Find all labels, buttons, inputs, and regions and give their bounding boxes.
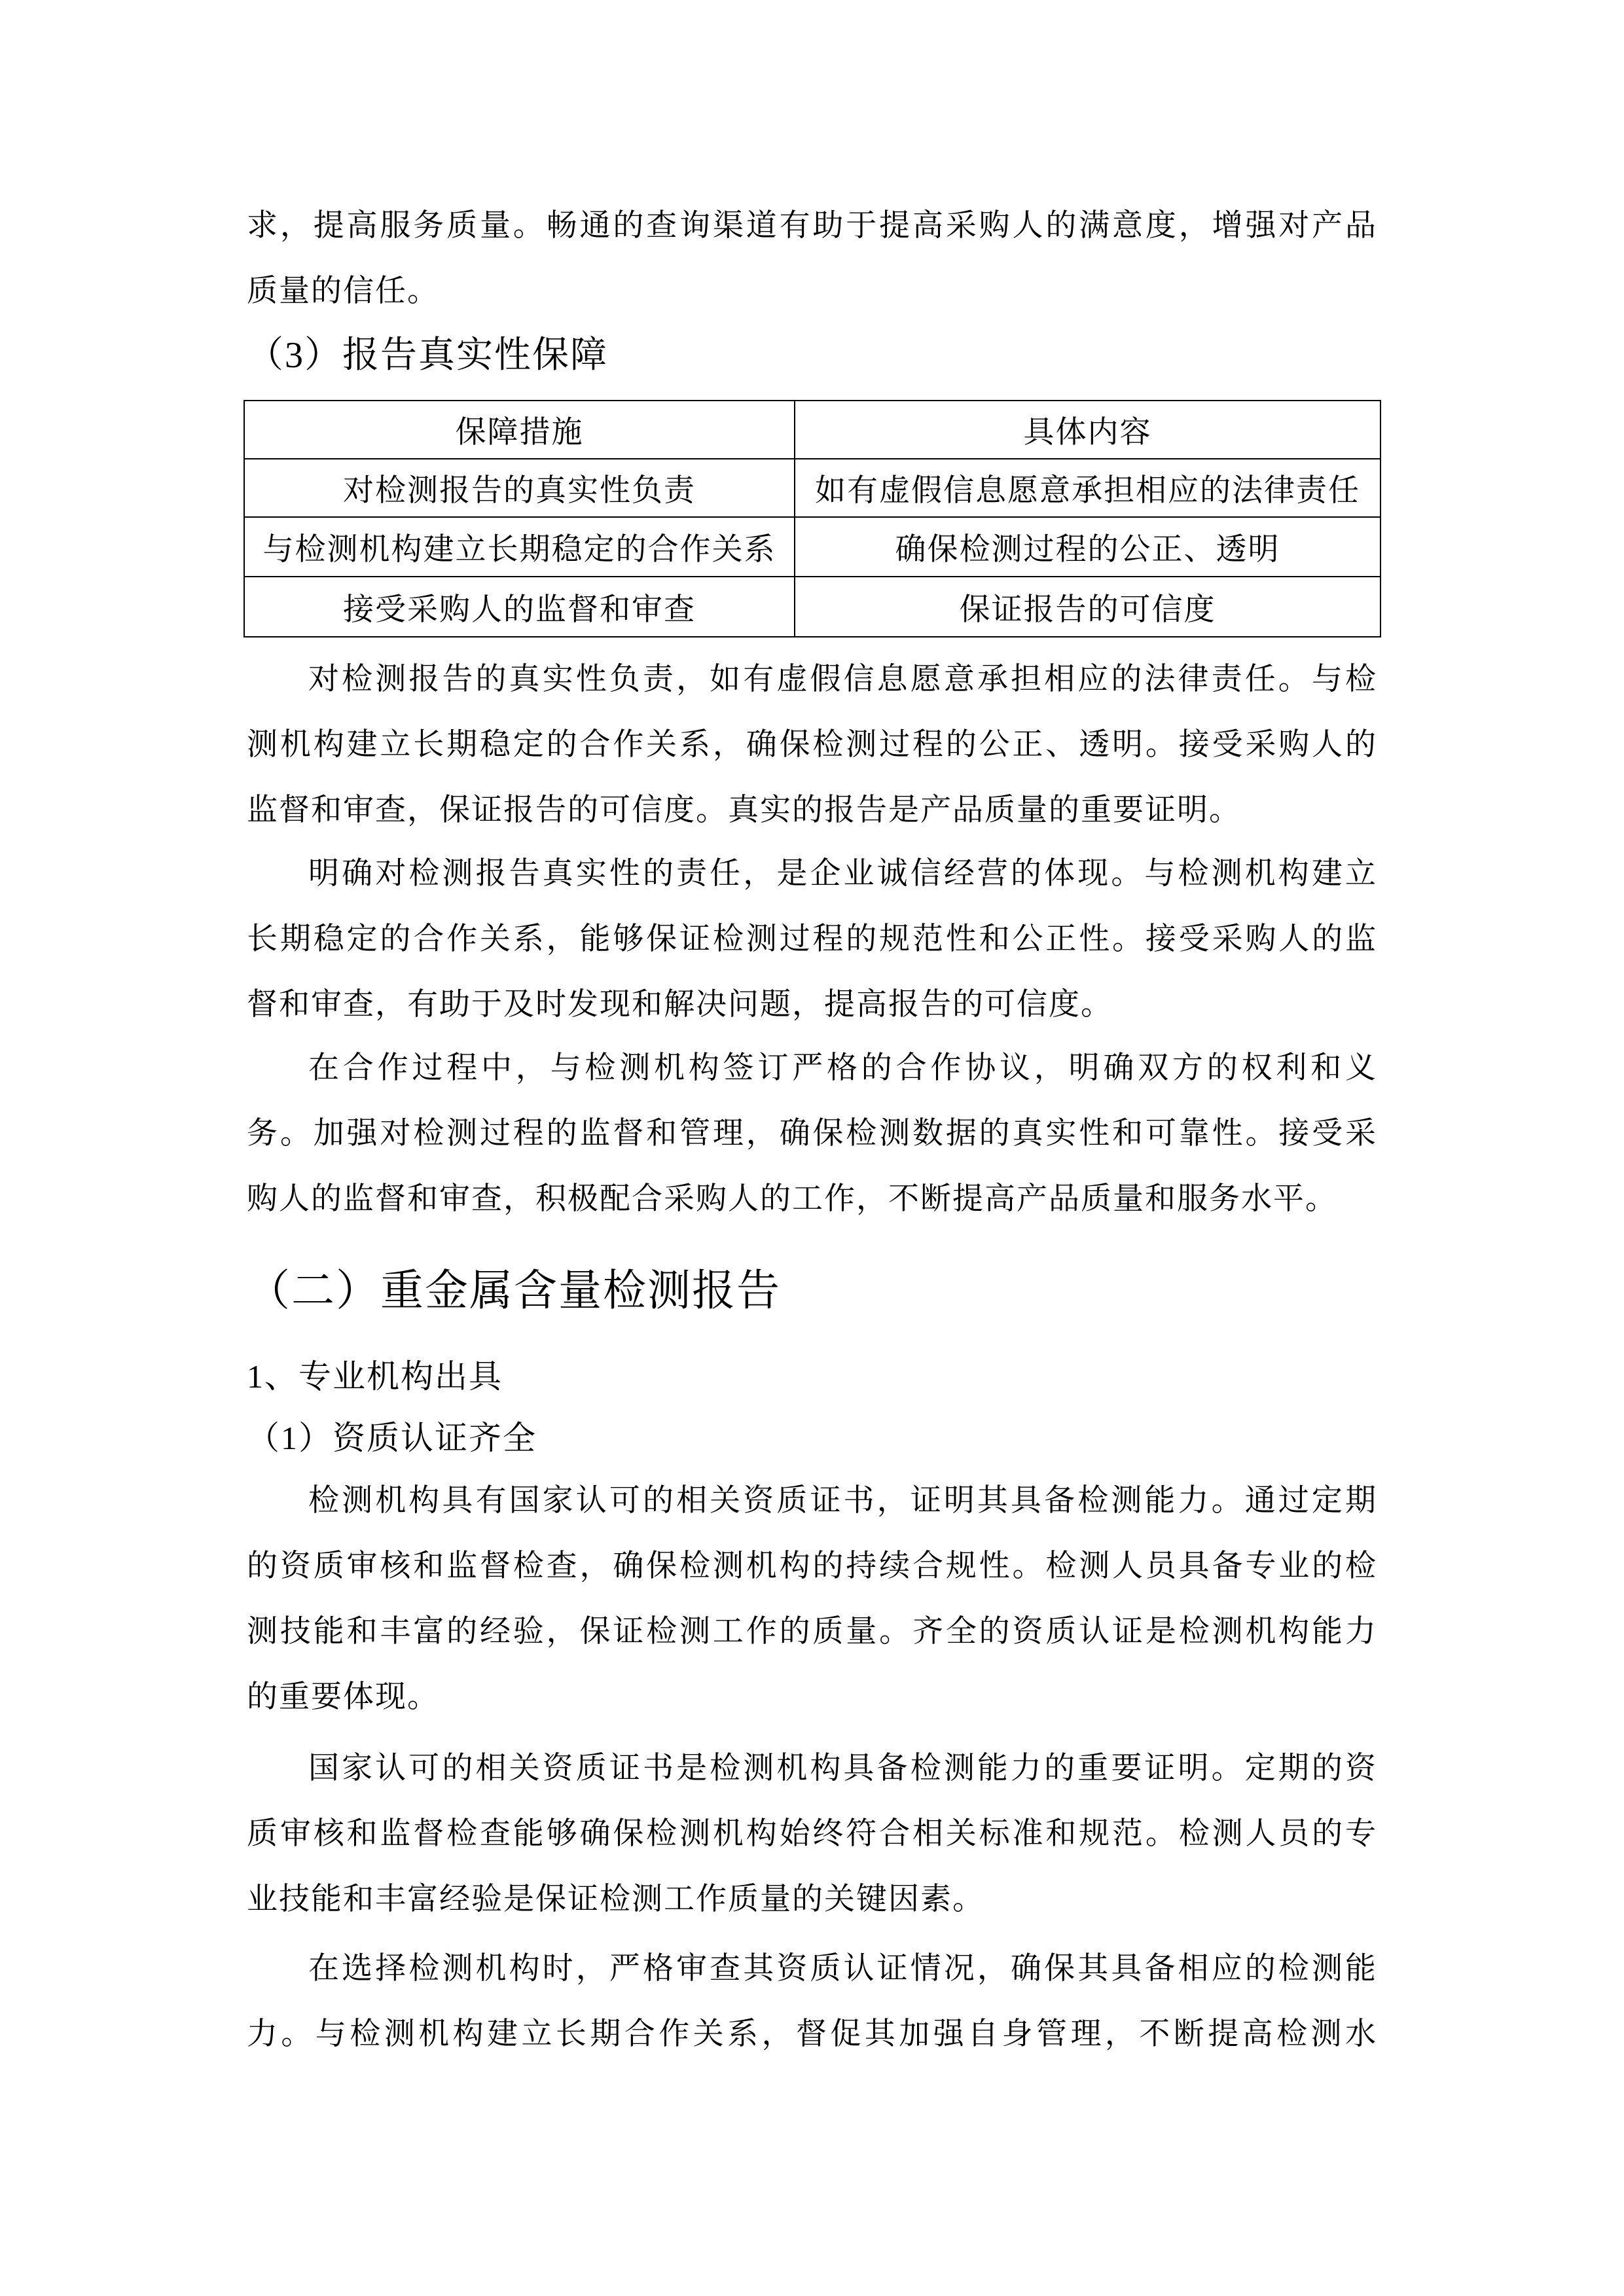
- body-paragraph: 明确对检测报告真实性的责任，是企业诚信经营的体现。与检测机构建立 长期稳定的合作…: [247, 841, 1377, 1037]
- table-row: 与检测机构建立长期稳定的合作关系 确保检测过程的公正、透明: [244, 517, 1380, 577]
- table-cell: 与检测机构建立长期稳定的合作关系: [244, 517, 795, 577]
- heading-report-authenticity: （3）报告真实性保障: [247, 323, 1377, 388]
- paragraph-line: 业技能和丰富经验是保证检测工作质量的关键因素。: [247, 1867, 1377, 1932]
- table-cell: 确保检测过程的公正、透明: [795, 517, 1380, 577]
- body-paragraph: 在合作过程中，与检测机构签订严格的合作协议，明确双方的权利和义 务。加强对检测过…: [247, 1035, 1377, 1232]
- paragraph-line: 质量的信任。: [247, 259, 1377, 324]
- paragraph-line: 购人的监督和审查，积极配合采购人的工作，不断提高产品质量和服务水平。: [247, 1166, 1377, 1232]
- paragraph-line: 长期稳定的合作关系，能够保证检测过程的规范性和公正性。接受采购人的监: [247, 906, 1377, 972]
- table-cell: 接受采购人的监督和审查: [244, 577, 795, 637]
- heading-qualification-complete: （1）资质认证齐全: [247, 1405, 1377, 1471]
- paragraph-line: 监督和审查，保证报告的可信度。真实的报告是产品质量的重要证明。: [247, 778, 1377, 843]
- table-cell: 如有虚假信息愿意承担相应的法律责任: [795, 459, 1380, 517]
- paragraph-line: 明确对检测报告真实性的责任，是企业诚信经营的体现。与检测机构建立: [247, 841, 1377, 906]
- table-cell: 保证报告的可信度: [795, 577, 1380, 637]
- table-header-content: 具体内容: [795, 401, 1380, 459]
- body-paragraph: 对检测报告的真实性负责，如有虚假信息愿意承担相应的法律责任。与检 测机构建立长期…: [247, 647, 1377, 843]
- paragraph-line: 督和审查，有助于及时发现和解决问题，提高报告的可信度。: [247, 972, 1377, 1037]
- paragraph-line: 在选择检测机构时，严格审查其资质认证情况，确保其具备相应的检测能: [247, 1936, 1377, 2001]
- table-header-measure: 保障措施: [244, 401, 795, 459]
- table-header-row: 保障措施 具体内容: [244, 401, 1380, 459]
- paragraph-line: 在合作过程中，与检测机构签订严格的合作协议，明确双方的权利和义: [247, 1035, 1377, 1101]
- paragraph-line: 力。与检测机构建立长期合作关系，督促其加强自身管理，不断提高检测水: [247, 2001, 1377, 2067]
- guarantee-table: 保障措施 具体内容 对检测报告的真实性负责 如有虚假信息愿意承担相应的法律责任 …: [244, 400, 1381, 637]
- paragraph-line: 检测机构具有国家认可的相关资质证书，证明其具备检测能力。通过定期: [247, 1468, 1377, 1534]
- table-row: 对检测报告的真实性负责 如有虚假信息愿意承担相应的法律责任: [244, 459, 1380, 517]
- heading-professional-agency: 1、专业机构出具: [247, 1344, 1377, 1409]
- heading-heavy-metal-report: （二）重金属含量检测报告: [247, 1259, 1377, 1324]
- paragraph-line: 对检测报告的真实性负责，如有虚假信息愿意承担相应的法律责任。与检: [247, 647, 1377, 712]
- table-cell: 对检测报告的真实性负责: [244, 459, 795, 517]
- body-paragraph: 在选择检测机构时，严格审查其资质认证情况，确保其具备相应的检测能 力。与检测机构…: [247, 1936, 1377, 2067]
- table-row: 接受采购人的监督和审查 保证报告的可信度: [244, 577, 1380, 637]
- paragraph-continuation: 求，提高服务质量。畅通的查询渠道有助于提高采购人的满意度，增强对产品 质量的信任…: [247, 193, 1377, 324]
- paragraph-line: 的资质审核和监督检查，确保检测机构的持续合规性。检测人员具备专业的检: [247, 1534, 1377, 1599]
- document-page: 求，提高服务质量。畅通的查询渠道有助于提高采购人的满意度，增强对产品 质量的信任…: [0, 0, 1624, 2296]
- body-paragraph: 检测机构具有国家认可的相关资质证书，证明其具备检测能力。通过定期 的资质审核和监…: [247, 1468, 1377, 1730]
- paragraph-line: 测技能和丰富的经验，保证检测工作的质量。齐全的资质认证是检测机构能力: [247, 1599, 1377, 1664]
- paragraph-line: 质审核和监督检查能够确保检测机构始终符合相关标准和规范。检测人员的专: [247, 1801, 1377, 1867]
- paragraph-line: 的重要体现。: [247, 1664, 1377, 1730]
- paragraph-line: 测机构建立长期稳定的合作关系，确保检测过程的公正、透明。接受采购人的: [247, 712, 1377, 778]
- paragraph-line: 务。加强对检测过程的监督和管理，确保检测数据的真实性和可靠性。接受采: [247, 1101, 1377, 1166]
- body-paragraph: 国家认可的相关资质证书是检测机构具备检测能力的重要证明。定期的资 质审核和监督检…: [247, 1736, 1377, 1932]
- paragraph-line: 求，提高服务质量。畅通的查询渠道有助于提高采购人的满意度，增强对产品: [247, 193, 1377, 259]
- paragraph-line: 国家认可的相关资质证书是检测机构具备检测能力的重要证明。定期的资: [247, 1736, 1377, 1801]
